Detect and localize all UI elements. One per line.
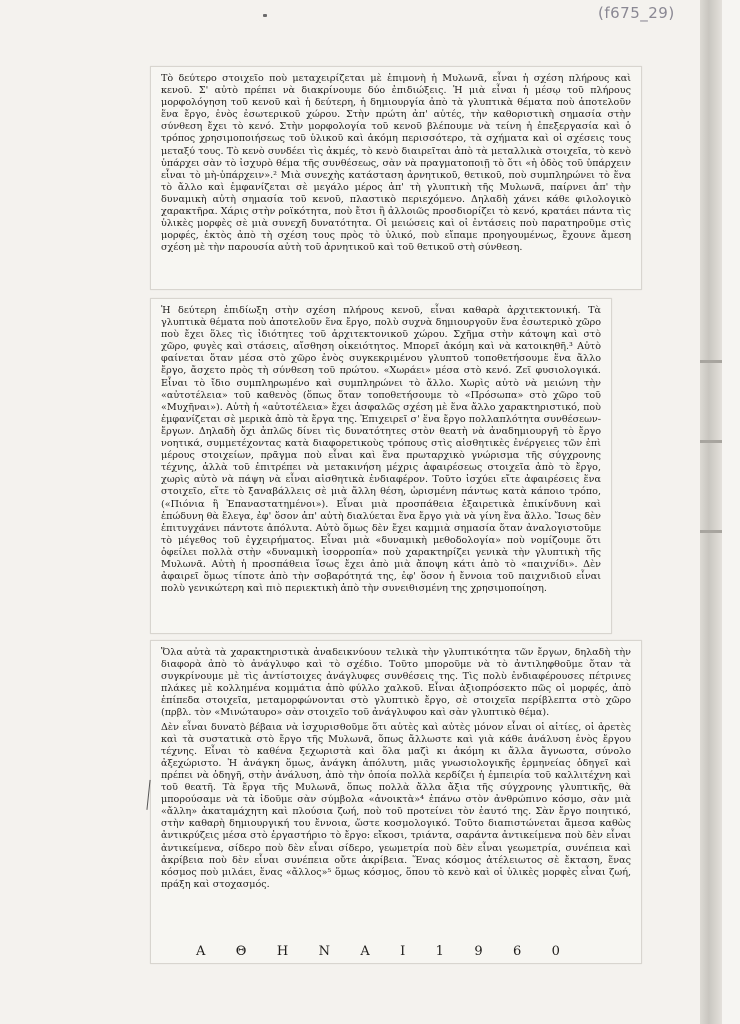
scanner-background	[722, 0, 740, 1024]
dateline-letter: Α	[196, 944, 205, 959]
paragraph: Δὲν εἶναι δυνατὸ βέβαια νὰ ἰσχυρισθοῦμε …	[151, 720, 641, 891]
archive-reference-handwritten: (f675_29)	[598, 4, 675, 22]
dateline-digit: 0	[552, 944, 560, 959]
dateline-letter: Ι	[400, 944, 405, 959]
dateline-digit: 6	[513, 944, 521, 959]
page-edge-notch	[700, 360, 722, 363]
clipping-section-2: Ἡ δεύτερη ἐπιδίωξη στὴν σχέση πλήρους κε…	[150, 298, 612, 634]
paragraph: Ὅλα αὐτὰ τὰ χαρακτηριστικὰ ἀναδεικνύουν …	[151, 641, 641, 720]
dateline-letter: Ν	[319, 944, 330, 959]
clipping-section-3: Ὅλα αὐτὰ τὰ χαρακτηριστικὰ ἀναδεικνύουν …	[150, 640, 642, 964]
clipping-section-1: Τὸ δεύτερο στοιχεῖο ποὺ μεταχειρίζεται μ…	[150, 66, 642, 290]
paragraph: Ἡ δεύτερη ἐπιδίωξη στὴν σχέση πλήρους κε…	[151, 299, 611, 595]
dateline-letter: Θ	[236, 944, 247, 959]
adjacent-page-edge	[700, 0, 722, 1024]
dateline-letter: Α	[360, 944, 369, 959]
dateline-letter: Η	[277, 944, 288, 959]
dateline-athens-1960: Α Θ Η Ν Α Ι 1 9 6 0	[150, 940, 640, 962]
dateline-digit: 9	[474, 944, 482, 959]
page-edge-notch	[700, 440, 722, 443]
ink-speck	[263, 14, 267, 17]
paragraph: Τὸ δεύτερο στοιχεῖο ποὺ μεταχειρίζεται μ…	[151, 67, 641, 254]
scanned-page: (f675_29) Τὸ δεύτερο στοιχεῖο ποὺ μεταχε…	[0, 0, 700, 1024]
page-edge-notch	[700, 530, 722, 533]
dateline-digit: 1	[436, 944, 444, 959]
